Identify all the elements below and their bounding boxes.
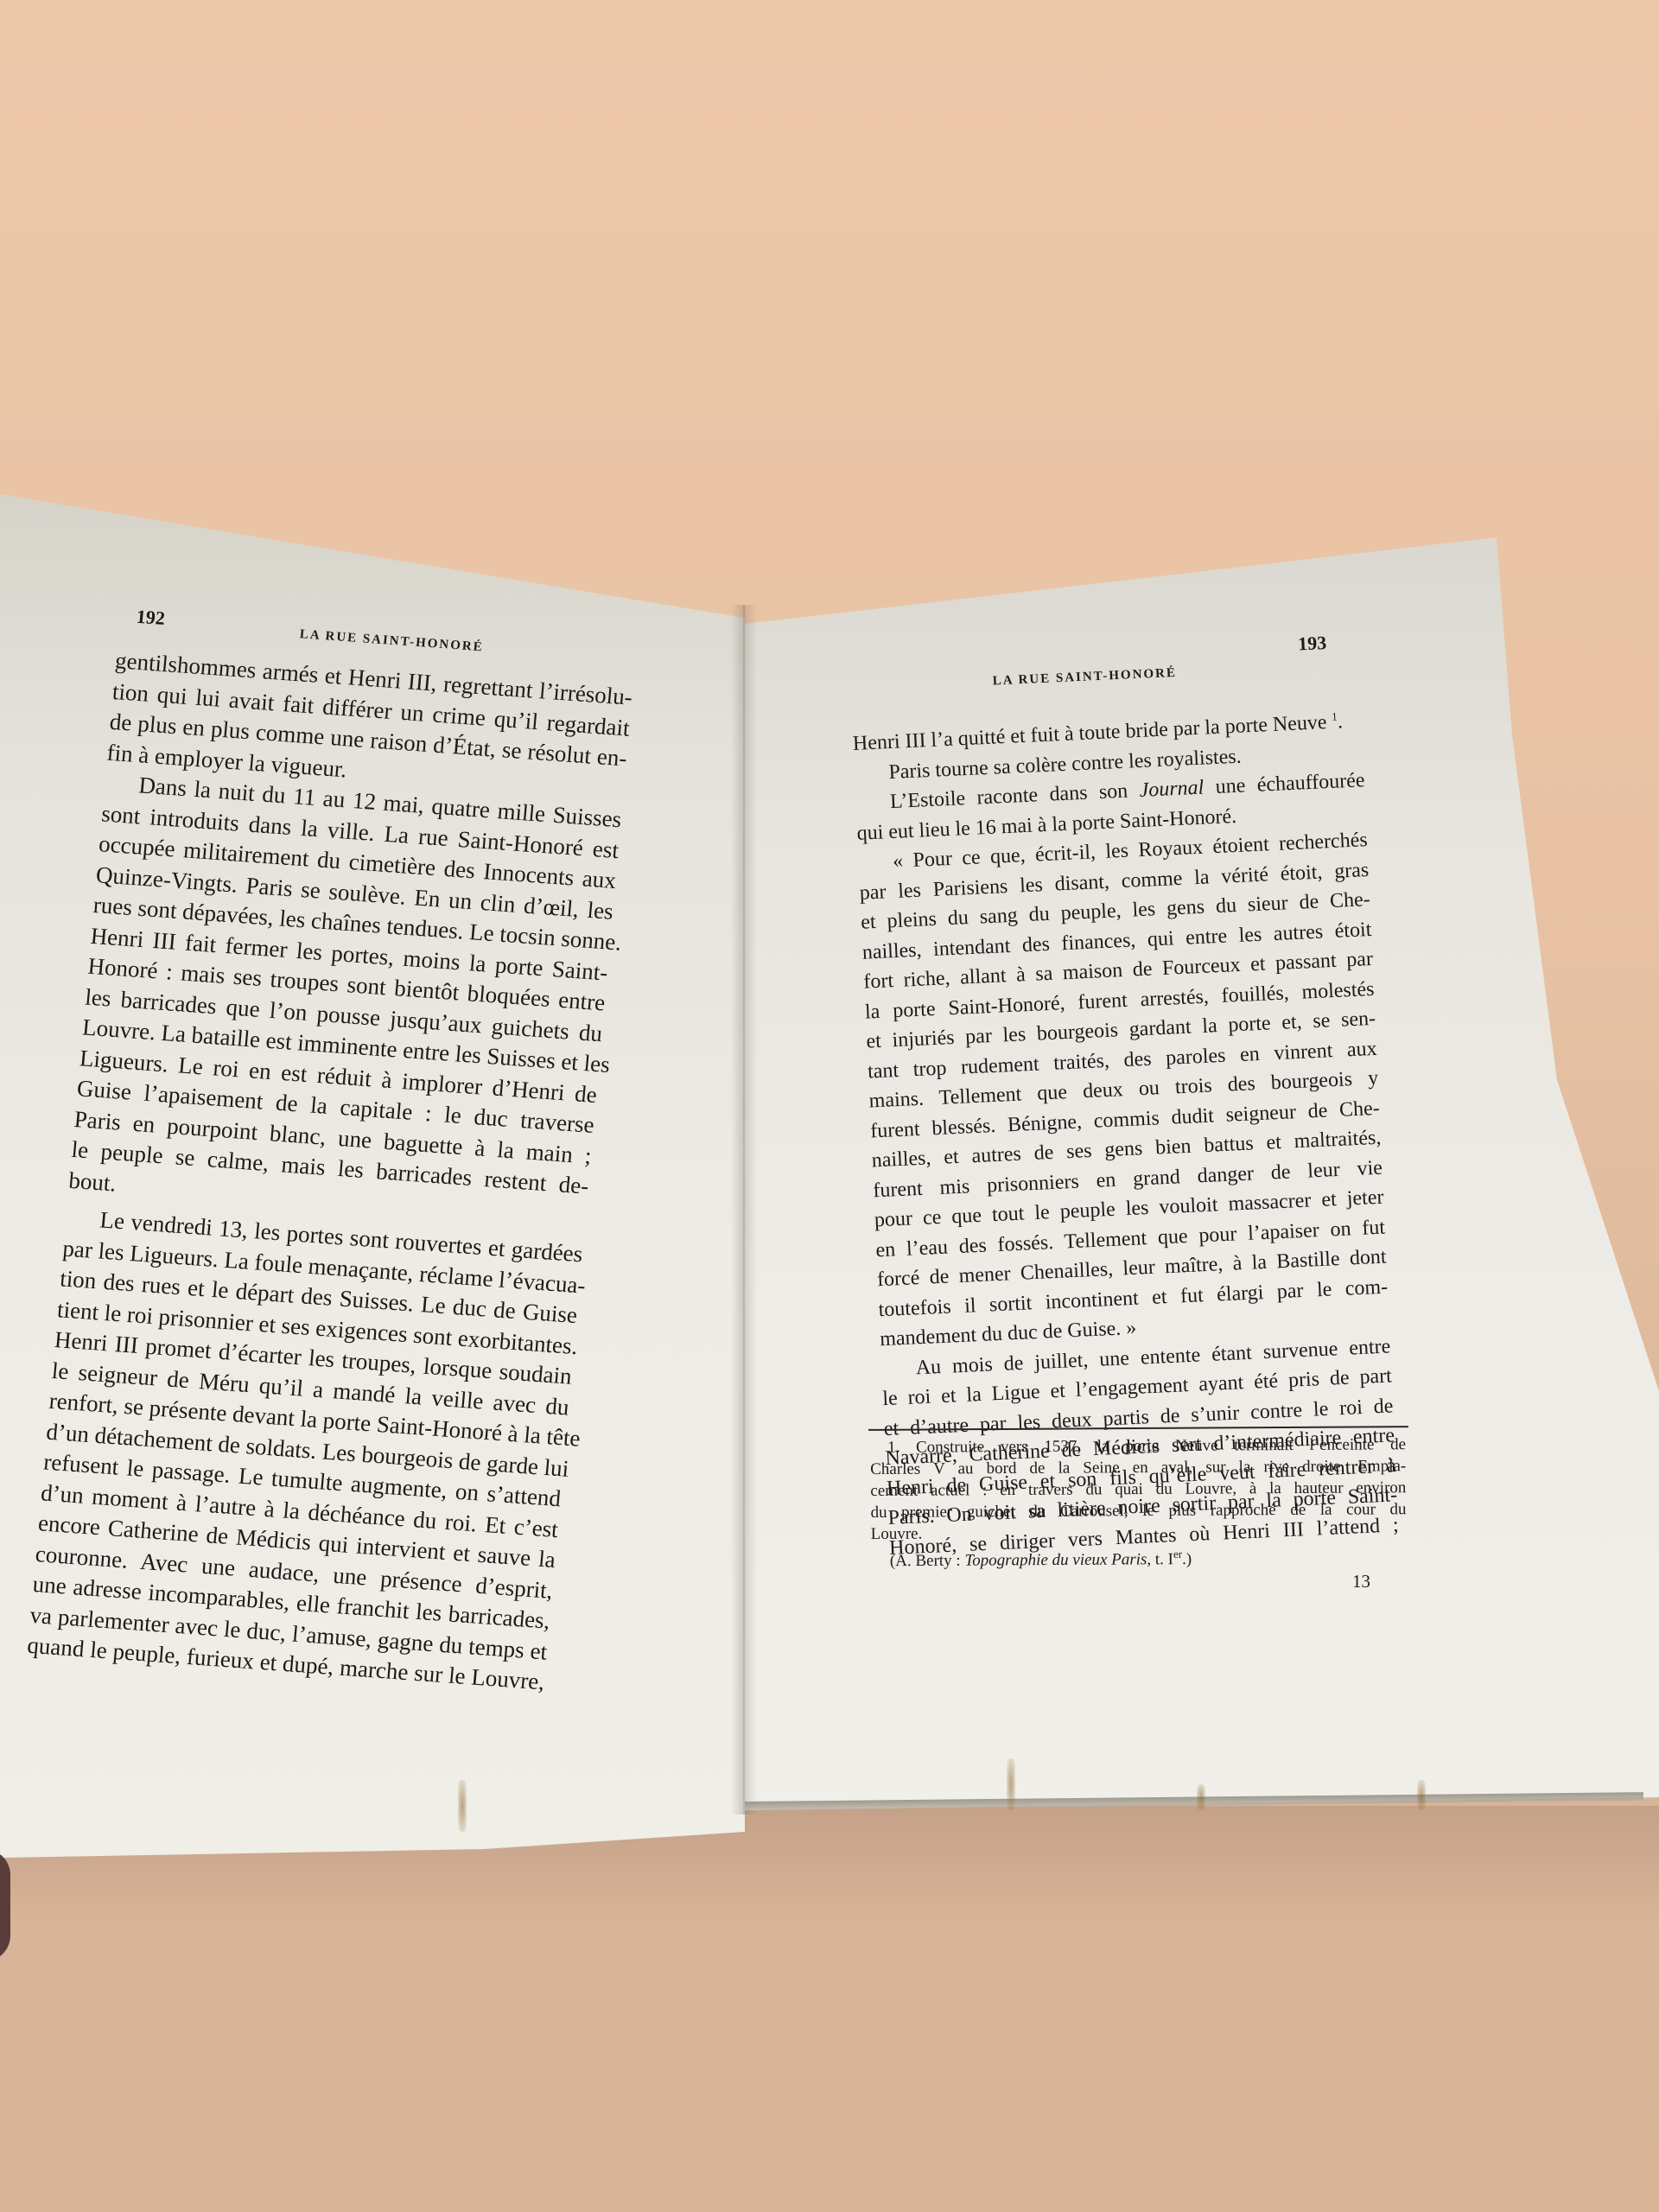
foxing-stain	[458, 1780, 467, 1832]
footnote-line: Louvre.	[871, 1520, 1407, 1545]
foxing-stain	[1007, 1758, 1015, 1810]
footnote-line: cement actuel : en travers du quai du Lo…	[870, 1477, 1406, 1502]
left-body: gentilshommes armés et Henri III, regret…	[26, 645, 633, 1698]
footnote-line: du premier guichet du Carrousel, le plus…	[870, 1498, 1406, 1523]
page-number-right: 193	[1298, 632, 1327, 655]
footnote-line: 1. Construite vers 1537, la porte Neuve …	[870, 1433, 1406, 1459]
foxing-stain	[1417, 1780, 1426, 1810]
signature-mark: 13	[1352, 1571, 1370, 1592]
foxing-stain	[1197, 1784, 1205, 1810]
book-gutter	[731, 605, 757, 1815]
footnote-citation: (A. Berty : Topographie du vieux Paris, …	[871, 1541, 1407, 1572]
footnote-line: Charles V au bord de la Seine en aval, s…	[870, 1455, 1406, 1480]
thumb	[0, 1849, 10, 1961]
footnote: 1. Construite vers 1537, la porte Neuve …	[870, 1433, 1407, 1572]
page-number-left: 192	[136, 606, 166, 630]
journal-title: Journal	[1139, 777, 1205, 802]
footnote-marker[interactable]: 1	[1332, 709, 1338, 722]
